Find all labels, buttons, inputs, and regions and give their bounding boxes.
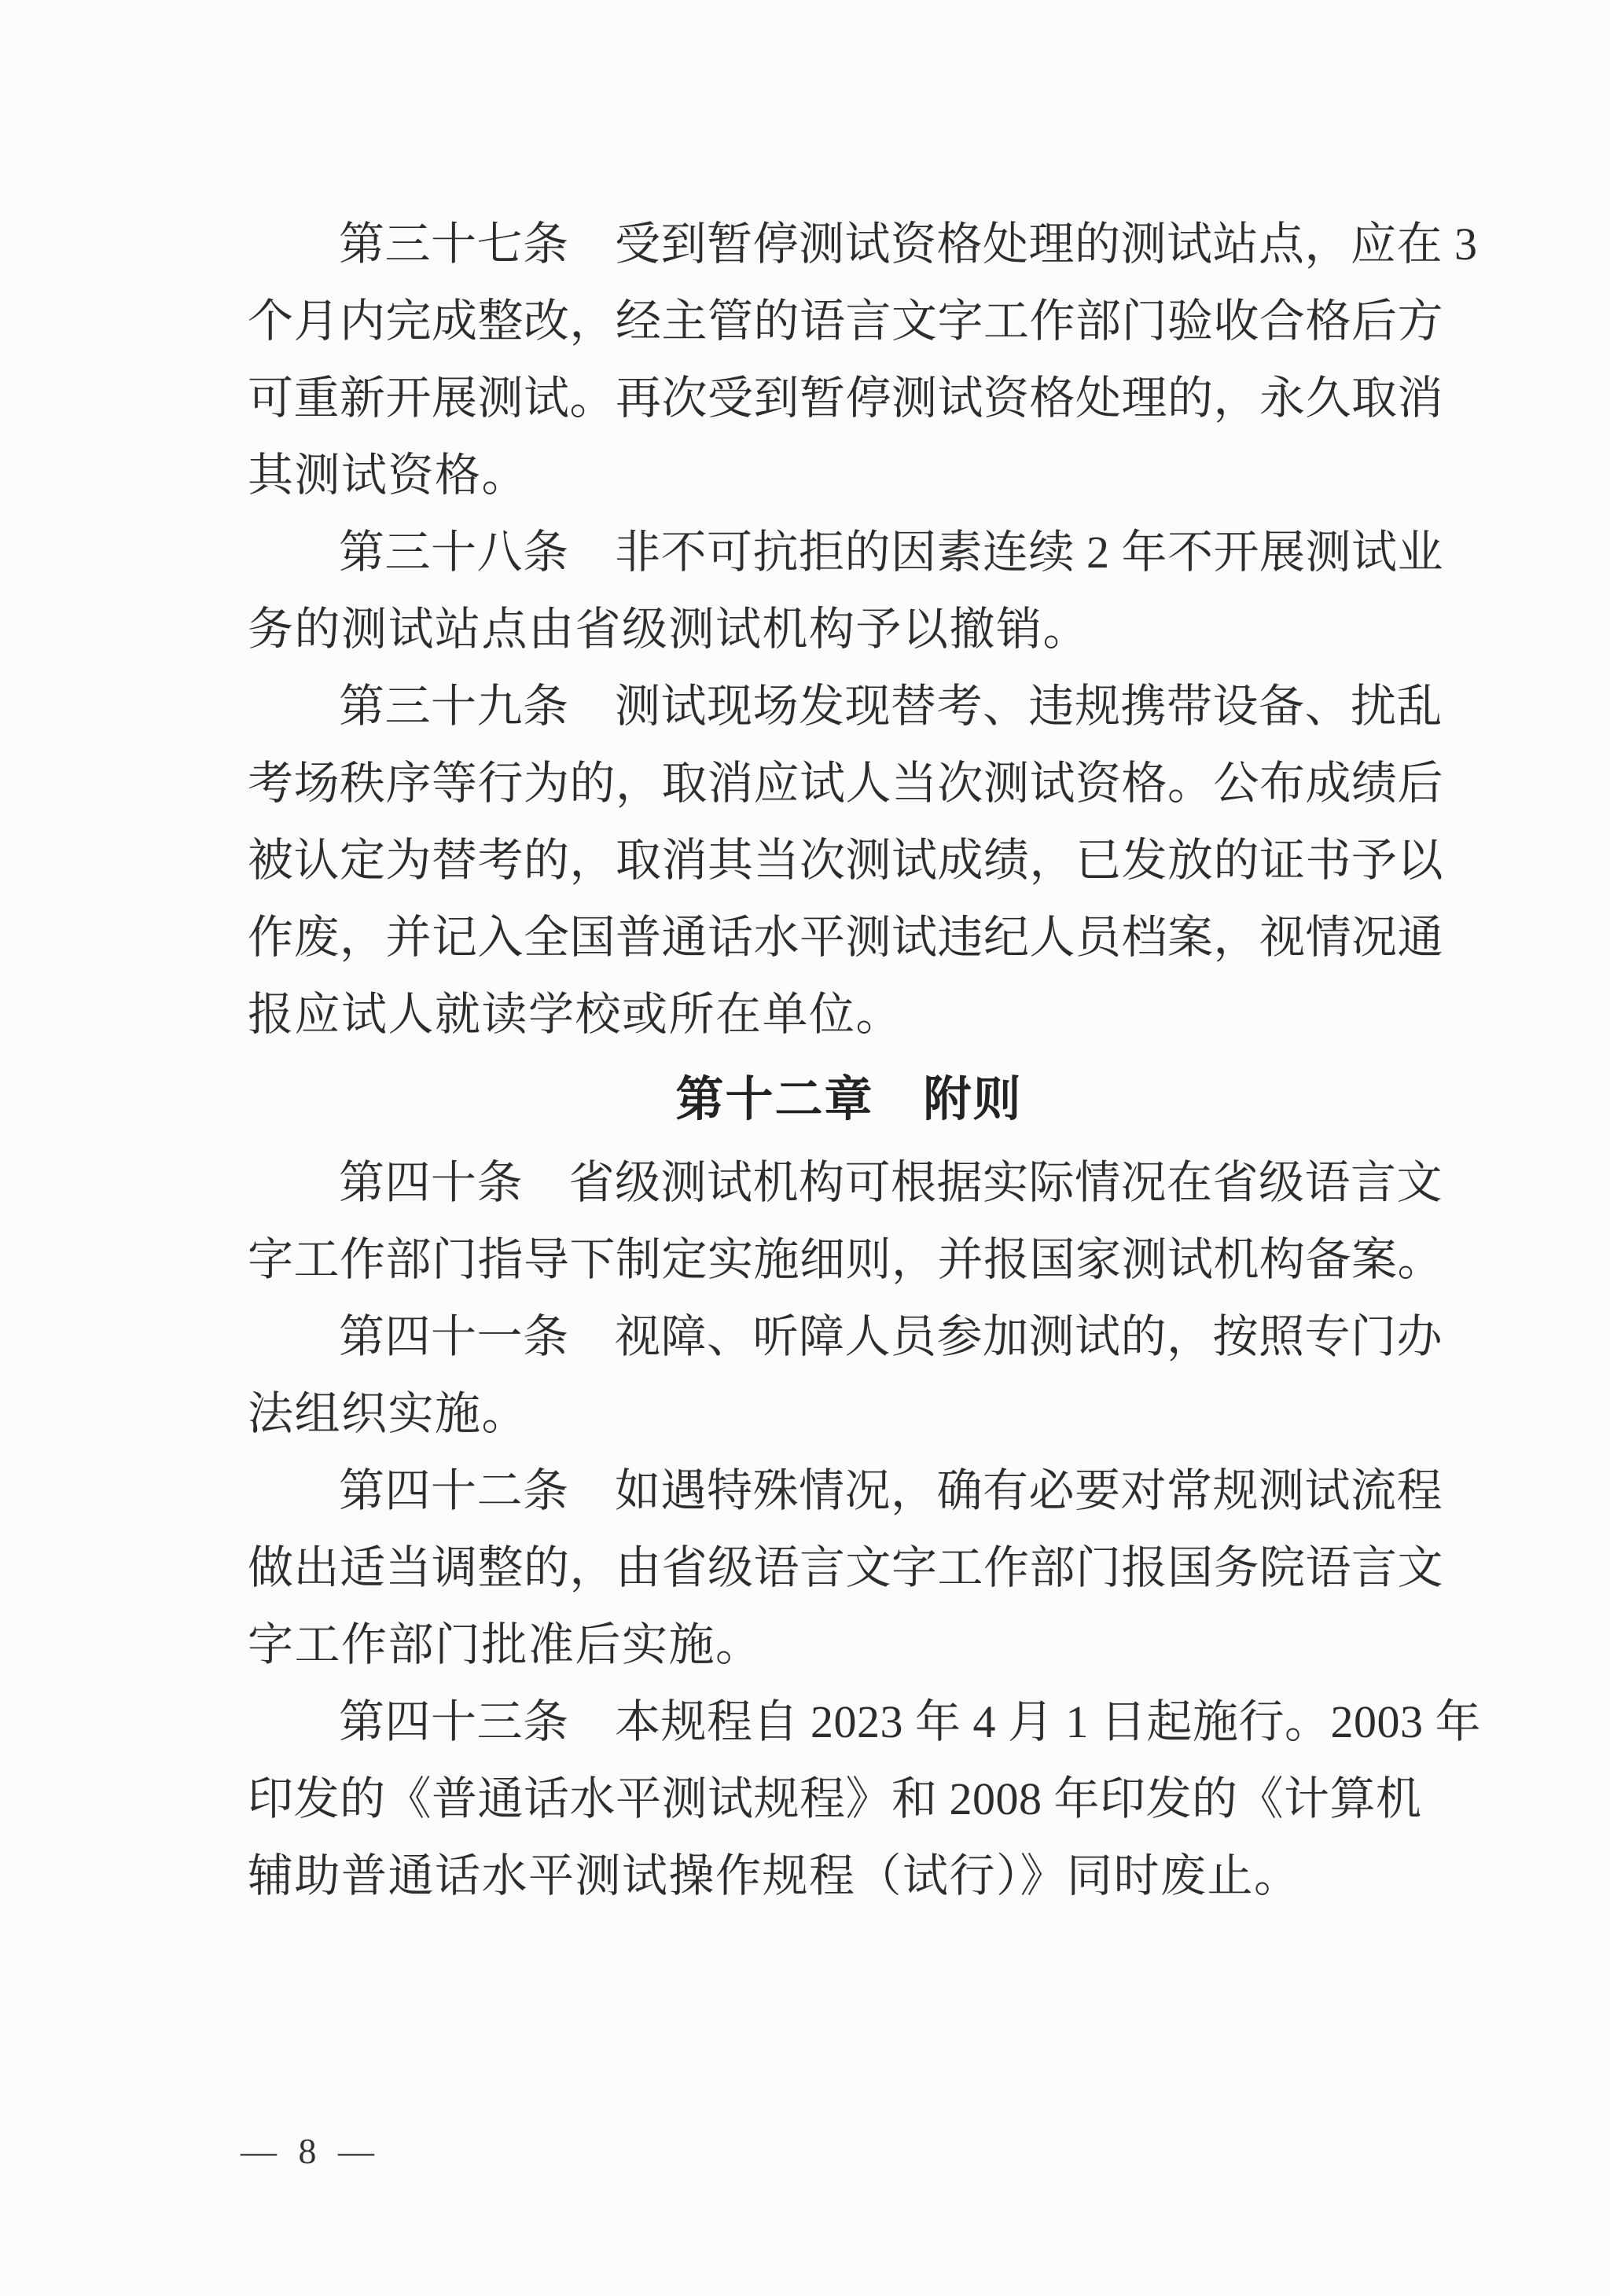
text-line: 辅助普通话水平测试操作规程（试行）》同时废止。 xyxy=(248,1838,1411,1915)
text-line: 可重新开展测试。再次受到暂停测试资格处理的，永久取消 xyxy=(248,360,1411,437)
text-line: 做出适当调整的，由省级语言文字工作部门报国务院语言文 xyxy=(248,1530,1411,1607)
document-page: 第三十七条 受到暂停测试资格处理的测试站点，应在 3 个月内完成整改，经主管的语… xyxy=(0,0,1610,2296)
text-line: 第三十九条 测试现场发现替考、违规携带设备、扰乱 xyxy=(248,668,1411,745)
text-line: 第三十七条 受到暂停测试资格处理的测试站点，应在 3 xyxy=(248,206,1411,283)
text-line: 字工作部门批准后实施。 xyxy=(248,1607,1411,1684)
text-line: 印发的《普通话水平测试规程》和 2008 年印发的《计算机 xyxy=(248,1761,1411,1838)
text-line: 第四十一条 视障、听障人员参加测试的，按照专门办 xyxy=(248,1299,1411,1376)
text-line: 字工作部门指导下制定实施细则，并报国家测试机构备案。 xyxy=(248,1221,1411,1299)
text-line: 考场秩序等行为的，取消应试人当次测试资格。公布成绩后 xyxy=(248,745,1411,822)
text-line: 第三十八条 非不可抗拒的因素连续 2 年不开展测试业 xyxy=(248,514,1411,591)
text-line: 务的测试站点由省级测试机构予以撤销。 xyxy=(248,591,1411,668)
text-line: 个月内完成整改，经主管的语言文字工作部门验收合格后方 xyxy=(248,283,1411,360)
text-line: 报应试人就读学校或所在单位。 xyxy=(248,976,1411,1053)
text-line: 法组织实施。 xyxy=(248,1376,1411,1453)
text-line: 第四十三条 本规程自 2023 年 4 月 1 日起施行。2003 年 xyxy=(248,1684,1411,1761)
text-line: 第四十二条 如遇特殊情况，确有必要对常规测试流程 xyxy=(248,1453,1411,1530)
text-line: 其测试资格。 xyxy=(248,437,1411,514)
text-line: 第四十条 省级测试机构可根据实际情况在省级语言文 xyxy=(248,1144,1411,1221)
page-number: — 8 — xyxy=(241,2126,380,2177)
text-line: 被认定为替考的，取消其当次测试成绩，已发放的证书予以 xyxy=(248,822,1411,899)
text-line: 作废，并记入全国普通话水平测试违纪人员档案，视情况通 xyxy=(248,899,1411,976)
body-text: 第三十七条 受到暂停测试资格处理的测试站点，应在 3 个月内完成整改，经主管的语… xyxy=(248,206,1411,1915)
chapter-heading: 第十二章 附则 xyxy=(248,1053,1411,1144)
